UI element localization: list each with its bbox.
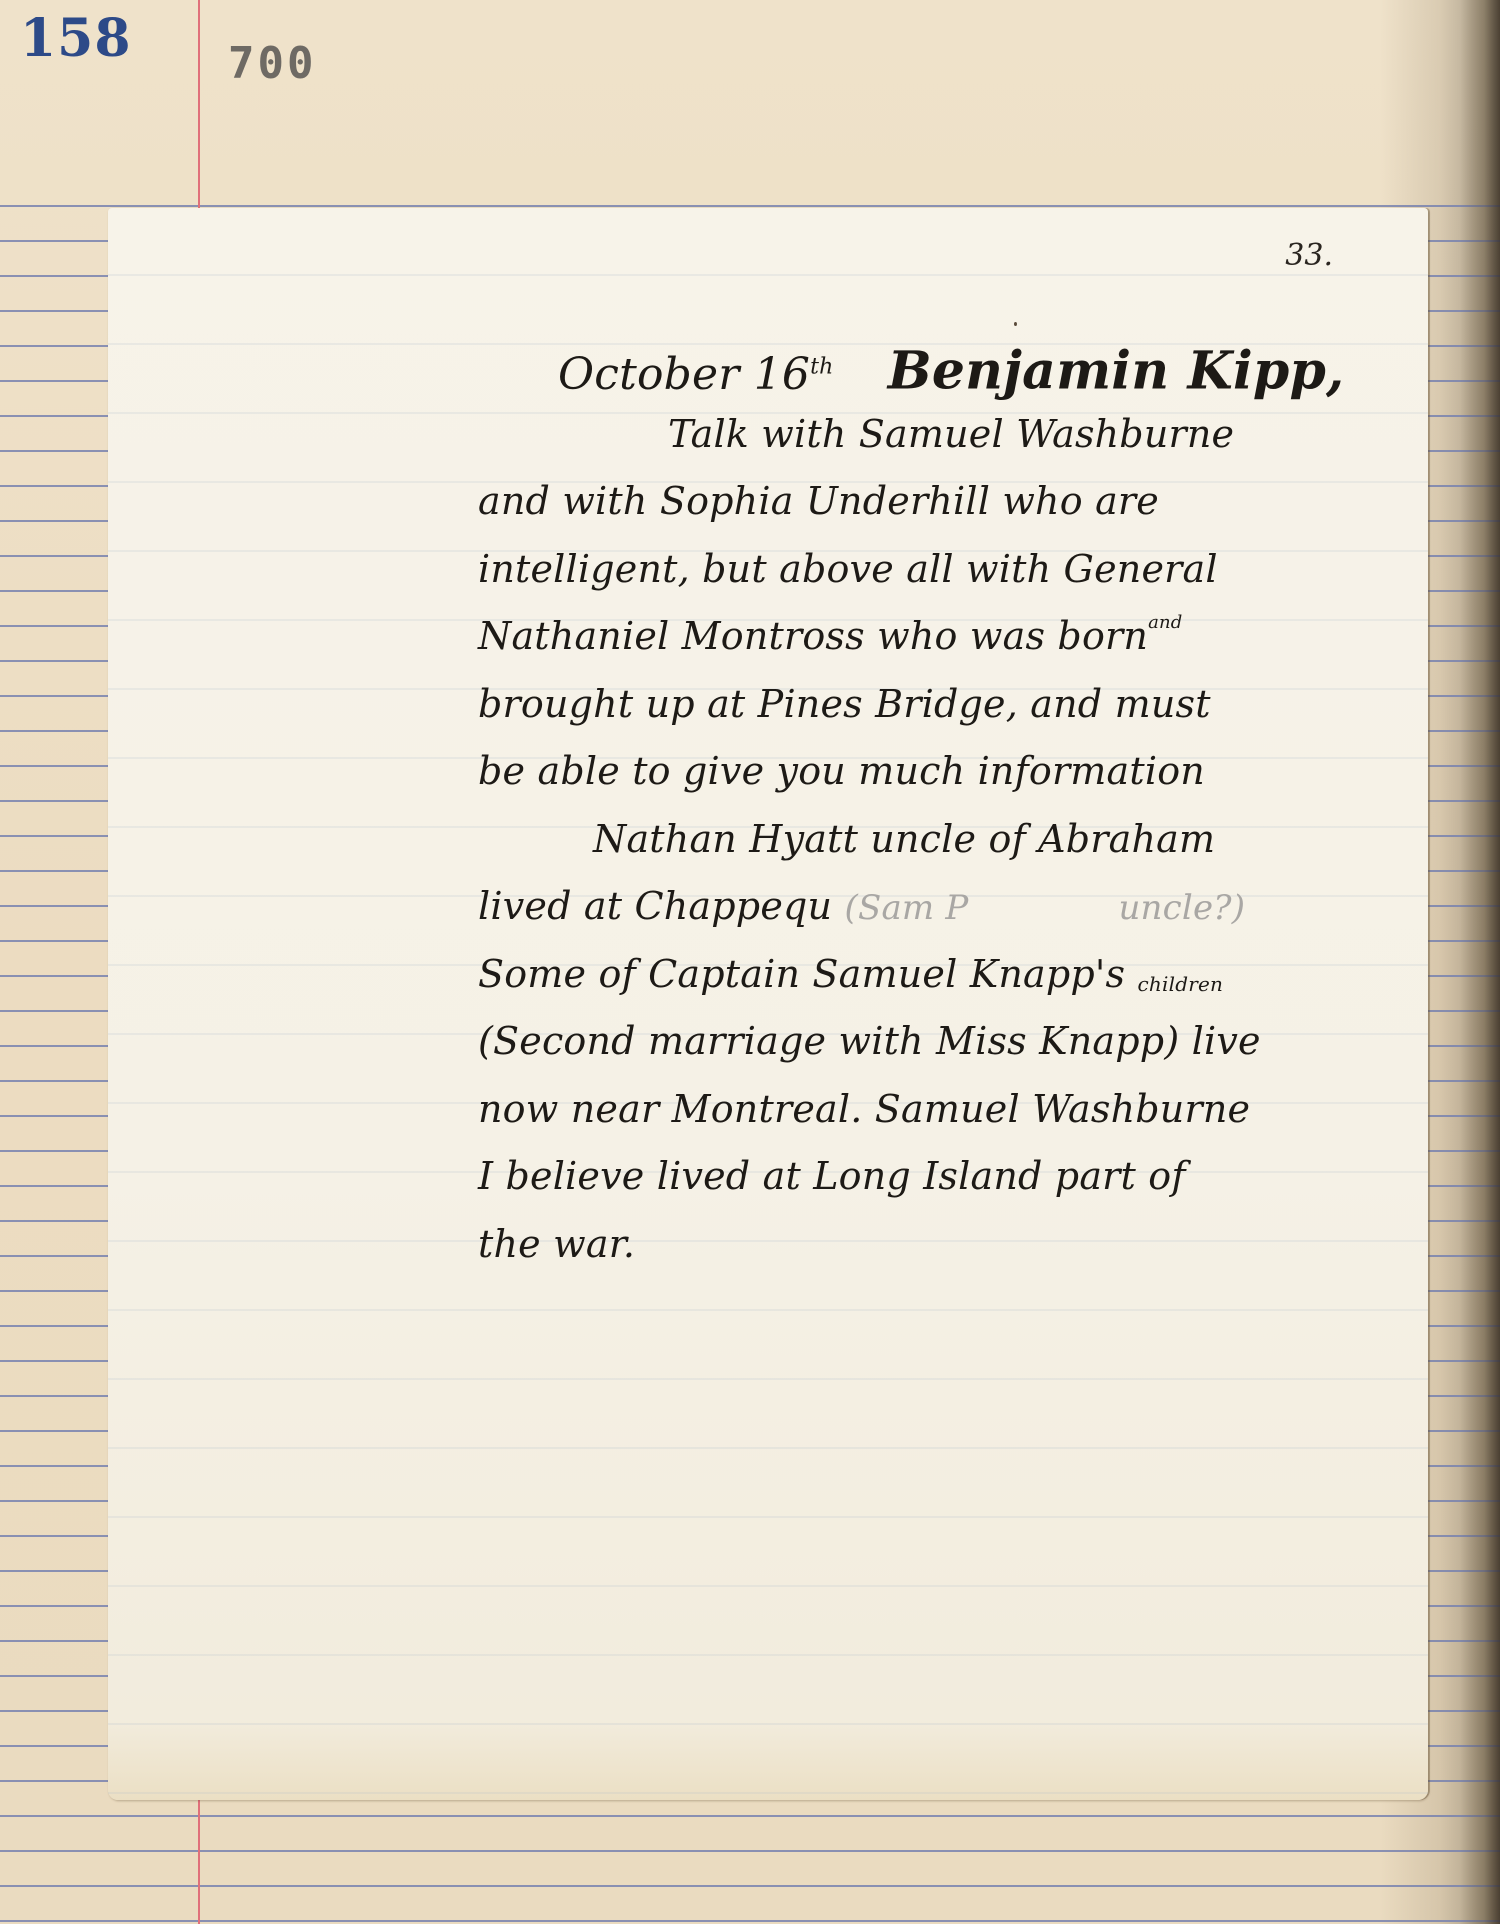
text-line-4-main: Nathaniel Montross who was born [478,614,1148,658]
text-line-9-main: Some of Captain Samuel Knapp's [478,952,1125,996]
text-line-7: Nathan Hyatt uncle of Abraham [478,806,1418,874]
text-line-12: I believe lived at Long Island part of [478,1143,1418,1211]
letter-date: October 16th [558,349,834,400]
text-line-11: now near Montreal. Samuel Washburne [478,1076,1418,1144]
children-word: children [1138,972,1224,996]
book-binding-shadow [1460,0,1500,1924]
letter-page-number: 33. [1285,238,1333,273]
letter-heading: October 16th Benjamin Kipp, [478,333,1418,401]
stamped-number: 700 [228,38,316,89]
letter-subject-name: Benjamin Kipp, [888,341,1345,402]
text-line-8-main: lived at Chappequ [478,884,832,928]
text-line-2: and with Sophia Underhill who are [478,468,1418,536]
text-line-4: Nathaniel Montross who was bornand [478,603,1418,671]
pencil-annotation-open: (Sam P [845,888,969,928]
date-suffix: th [810,354,833,379]
text-line-10: (Second marriage with Miss Knapp) live [478,1008,1418,1076]
text-line-1: Talk with Samuel Washburne [478,401,1418,469]
text-line-6: be able to give you much information [478,738,1418,806]
text-line-8: lived at Chappequ (Sam Puncle?) [478,873,1418,941]
text-line-5: brought up at Pines Bridge, and must [478,671,1418,739]
letter-text: October 16th Benjamin Kipp, Talk with Sa… [478,333,1418,1278]
text-line-3: intelligent, but above all with General [478,536,1418,604]
ink-spot [1014,322,1017,326]
pencil-annotation-close: uncle?) [1118,888,1245,928]
text-line-13: the war. [478,1211,1418,1279]
text-line-9: Some of Captain Samuel Knapp's children [478,941,1418,1009]
interlinear-insert: and [1148,612,1182,633]
pasted-letter-sheet: 33. October 16th Benjamin Kipp, Talk wit… [108,208,1428,1800]
ledger-page-number: 158 [20,8,132,69]
date-text: October 16 [558,349,810,400]
